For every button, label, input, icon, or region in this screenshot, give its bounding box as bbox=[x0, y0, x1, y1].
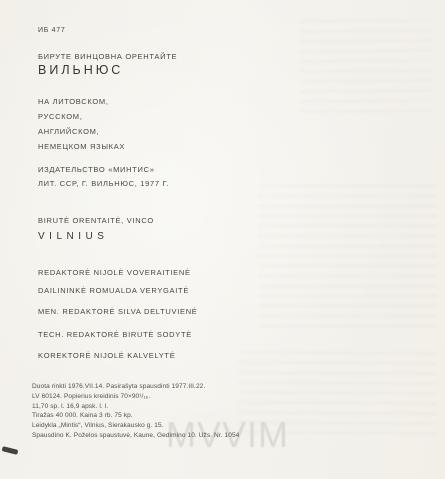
author-name-lithuanian: BIRUTĖ ORENTAITĖ, VINCO bbox=[38, 216, 154, 225]
credit-art-editor: MEN. REDAKTORĖ SILVA DELTUVIENĖ bbox=[38, 307, 198, 316]
colophon-line: LV 60124. Popierius kreidinis 70×90¹/₁₆. bbox=[32, 392, 239, 402]
bleed-through-middle bbox=[258, 185, 436, 335]
publisher-city-year: ЛИТ. ССР, Г. ВИЛЬНЮС, 1977 Г. bbox=[38, 177, 169, 191]
language-line: РУССКОМ, bbox=[38, 109, 125, 124]
credit-technical-editor: TECH. REDAKTORĖ BIRUTĖ SODYTĖ bbox=[38, 330, 192, 339]
author-name-russian: БИРУТЕ ВИНЦОВНА ОРЕНТАЙТЕ bbox=[38, 52, 177, 61]
credit-proofreader: KOREKTORĖ NIJOLĖ KALVELYTĖ bbox=[38, 351, 175, 360]
colophon-line: Tiražas 40 000. Kaina 3 rb. 75 kp. bbox=[32, 411, 239, 421]
language-line: НА ЛИТОВСКОМ, bbox=[38, 94, 125, 109]
colophon-block: Duota rinkti 1976.VII.14. Pasirašyta spa… bbox=[32, 382, 239, 441]
scanned-colophon-page: MVVIM ИБ 477 БИРУТЕ ВИНЦОВНА ОРЕНТАЙТЕ В… bbox=[0, 0, 445, 479]
publisher-name: ИЗДАТЕЛЬСТВО «МИНТИС» bbox=[38, 163, 169, 177]
bleed-through-top bbox=[300, 19, 433, 115]
colophon-line: 11,70 sp. l. 16,9 apsk. l. l. bbox=[32, 402, 239, 412]
credit-artist: DAILININKĖ ROMUALDA VERYGAITĖ bbox=[38, 286, 189, 295]
publisher-block: ИЗДАТЕЛЬСТВО «МИНТИС» ЛИТ. ССР, Г. ВИЛЬН… bbox=[38, 163, 169, 190]
colophon-line: Leidykla „Mintis“, Vilnius, Sierakausko … bbox=[32, 421, 239, 431]
credit-editor: REDAKTORĖ NIJOLĖ VOVERAITIENĖ bbox=[38, 268, 191, 277]
book-title-russian: ВИЛЬНЮС bbox=[38, 63, 123, 77]
language-line: НЕМЕЦКОМ ЯЗЫКАХ bbox=[38, 139, 125, 154]
languages-list: НА ЛИТОВСКОМ, РУССКОМ, АНГЛИЙСКОМ, НЕМЕЦ… bbox=[38, 94, 125, 154]
book-title-lithuanian: VILNIUS bbox=[38, 231, 108, 242]
colophon-line: Duota rinkti 1976.VII.14. Pasirašyta spa… bbox=[32, 382, 239, 392]
language-line: АНГЛИЙСКОМ, bbox=[38, 124, 125, 139]
imprint-code: ИБ 477 bbox=[38, 27, 65, 34]
page-edge-mark bbox=[2, 446, 19, 455]
colophon-line: Spausdino K. Poželos spaustuvė, Kaune, G… bbox=[32, 431, 239, 441]
